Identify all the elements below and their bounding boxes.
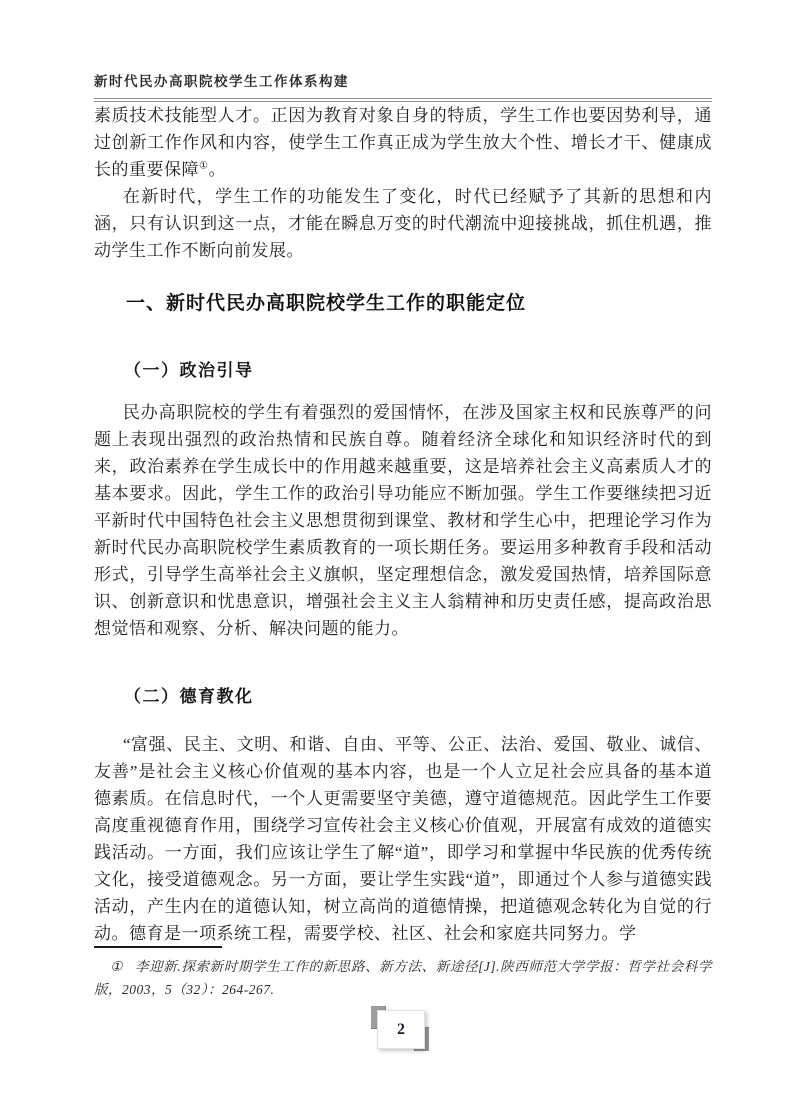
- chapter-heading: 一、新时代民办高职院校学生工作的职能定位: [126, 289, 712, 319]
- book-page: 新时代民办高职院校学生工作体系构建 素质技术技能型人才。正因为教育对象自身的特质…: [0, 0, 799, 1118]
- footnote-area: ①李迎新.探索新时期学生工作的新思路、新方法、新途径[J].陕西师范大学学报：哲…: [94, 946, 712, 1001]
- footnote: ①李迎新.探索新时期学生工作的新思路、新方法、新途径[J].陕西师范大学学报：哲…: [94, 955, 712, 1001]
- footnote-separator-rule: [94, 946, 222, 948]
- intro-paragraph-1: 素质技术技能型人才。正因为教育对象自身的特质，学生工作也要因势利导，通过创新工作…: [94, 102, 712, 183]
- section-1-heading: （一）政治引导: [124, 359, 712, 383]
- intro-paragraph-2: 在新时代，学生工作的功能发生了变化，时代已经赋予了其新的思想和内涵，只有认识到这…: [94, 183, 712, 264]
- section-1-paragraph: 民办高职院校的学生有着强烈的爱国情怀，在涉及国家主权和民族尊严的问题上表现出强烈…: [94, 399, 712, 642]
- intro-paragraph-1-tail: 。: [208, 160, 226, 179]
- page-content: 新时代民办高职院校学生工作体系构建 素质技术技能型人才。正因为教育对象自身的特质…: [94, 0, 712, 947]
- footnote-text: 李迎新.探索新时期学生工作的新思路、新方法、新途径[J].陕西师范大学学报：哲学…: [94, 959, 712, 997]
- section-2-heading: （二）德育教化: [124, 685, 712, 709]
- page-number: 2: [377, 1010, 425, 1049]
- intro-paragraph-1-text: 素质技术技能型人才。正因为教育对象自身的特质，学生工作也要因势利导，通过创新工作…: [94, 106, 712, 179]
- footnote-marker: ①: [110, 959, 123, 974]
- section-2-paragraph: “富强、民主、文明、和谐、自由、平等、公正、法治、爱国、敬业、诚信、友善”是社会…: [94, 731, 712, 947]
- page-number-box: 2: [371, 1006, 429, 1051]
- running-header-title: 新时代民办高职院校学生工作体系构建: [94, 74, 712, 90]
